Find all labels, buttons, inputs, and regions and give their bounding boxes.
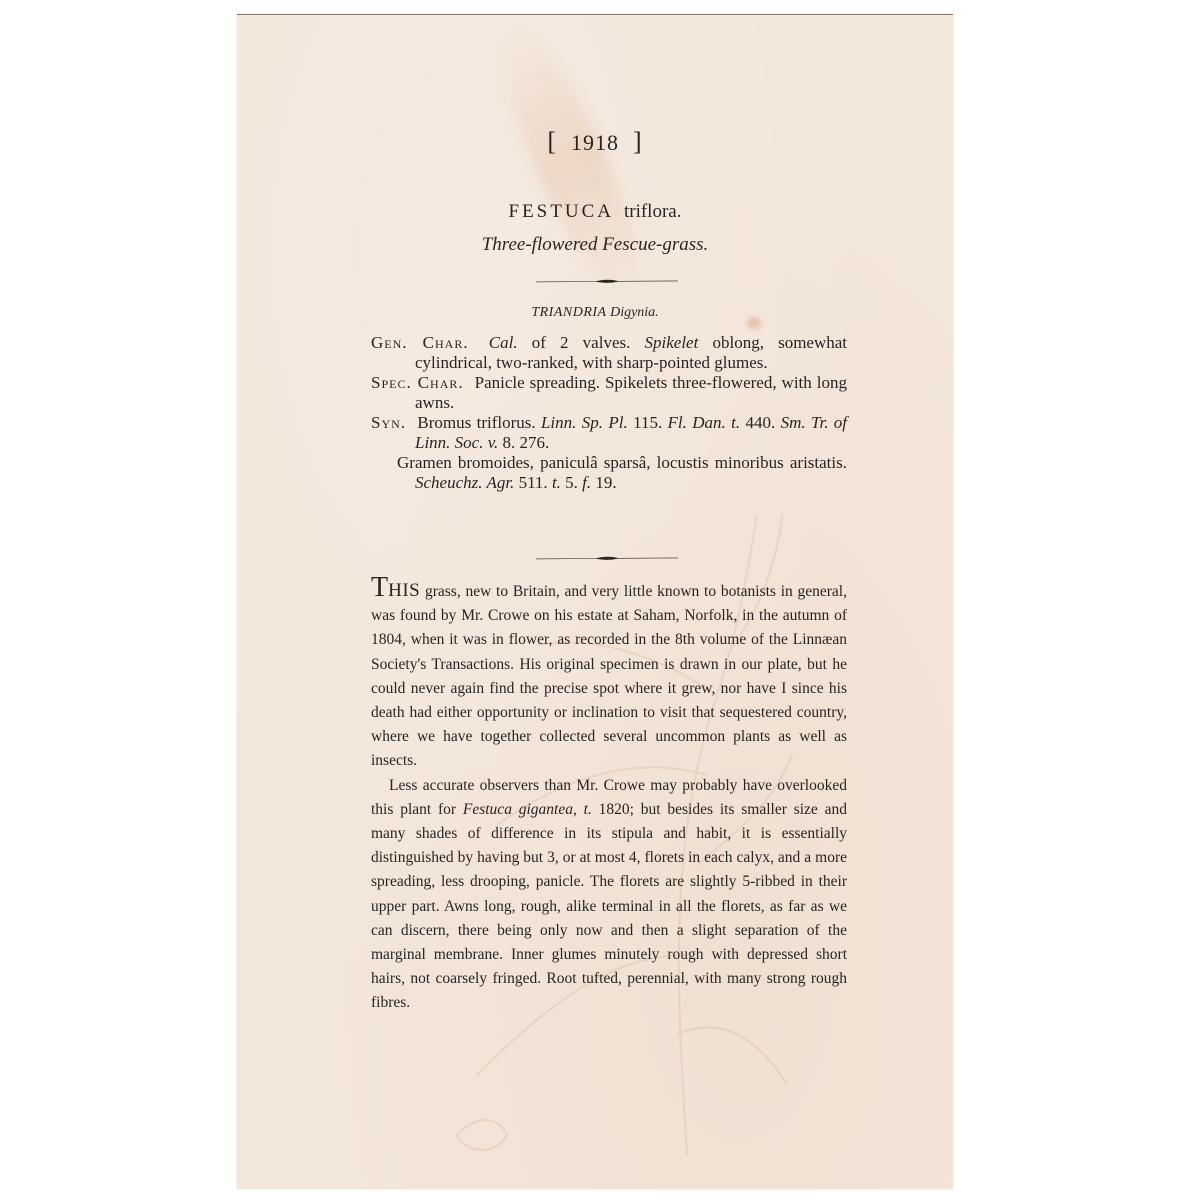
syn-text: 115. — [628, 413, 668, 432]
description-text: THIS grass, new to Britain, and very lit… — [371, 578, 847, 1016]
ornamental-rule — [536, 278, 678, 284]
syn-text: 440. — [740, 413, 780, 432]
drop-cap-rest: HIS — [388, 580, 420, 601]
syn-label: Syn. — [371, 413, 406, 432]
syn-text: 511. — [514, 473, 552, 492]
syn-citation: Fl. Dan. t. — [668, 413, 741, 432]
syn-citation: f. — [582, 473, 591, 492]
description-paragraph-1: THIS grass, new to Britain, and very lit… — [371, 578, 847, 774]
drop-cap: T — [371, 572, 388, 603]
bracket-open: [ — [547, 127, 557, 156]
syn-text: Bromus triflorus. — [417, 413, 541, 432]
class-name: TRIANDRIA — [531, 305, 606, 320]
syn-text: 19. — [591, 473, 617, 492]
synonymy: Syn. Bromus triflorus. Linn. Sp. Pl. 115… — [371, 413, 847, 453]
syn-text: 8. 276. — [498, 433, 549, 452]
description-paragraph-2: Less accurate observers than Mr. Crowe m… — [371, 774, 847, 1016]
gen-char-text: Spikelet — [645, 333, 699, 352]
paragraph-2-italic: Festuca gigantea, t. — [463, 801, 592, 818]
paragraph-1-text: grass, new to Britain, and very little k… — [371, 583, 847, 769]
species-title: FESTUCAtriflora. — [237, 201, 953, 223]
bracket-close: ] — [633, 127, 643, 156]
syn-text: 5. — [561, 473, 582, 492]
gen-char-label: Gen. Char. — [371, 333, 469, 352]
book-page: [1918] FESTUCAtriflora. Three-flowered F… — [237, 14, 953, 1189]
syn-text: Gramen bromoides, paniculâ sparsâ, locus… — [397, 453, 847, 472]
spec-char-text: Panicle spreading. Spikelets three-flowe… — [415, 373, 847, 412]
common-name: Three-flowered Fescue-grass. — [237, 234, 953, 256]
synonymy-continued: Gramen bromoides, paniculâ sparsâ, locus… — [371, 453, 847, 493]
gen-char-text: of 2 valves. — [518, 333, 645, 352]
species-name: triflora. — [624, 201, 682, 222]
syn-citation: Linn. Sp. Pl. — [541, 413, 628, 432]
genus-name: FESTUCA — [509, 201, 614, 222]
syn-citation: Scheuchz. Agr. — [415, 473, 514, 492]
specific-character: Spec. Char. Panicle spreading. Spikelets… — [371, 373, 847, 413]
paragraph-2-text: 1820; but besides its smaller size and m… — [371, 801, 847, 1012]
generic-character: Gen. Char. Cal. of 2 valves. Spikelet ob… — [371, 333, 847, 373]
syn-citation: t. — [552, 473, 561, 492]
spec-char-label: Spec. Char. — [371, 373, 464, 392]
linnaean-classification: TRIANDRIA Digynia. — [237, 305, 953, 321]
gen-char-text: Cal. — [489, 333, 518, 352]
characters-block: Gen. Char. Cal. of 2 valves. Spikelet ob… — [371, 333, 847, 493]
plate-number: [1918] — [237, 127, 953, 157]
ornamental-rule — [536, 555, 678, 561]
plate-number-value: 1918 — [571, 130, 619, 155]
foxing-stain — [479, 14, 665, 317]
order-name: Digynia. — [610, 305, 659, 320]
